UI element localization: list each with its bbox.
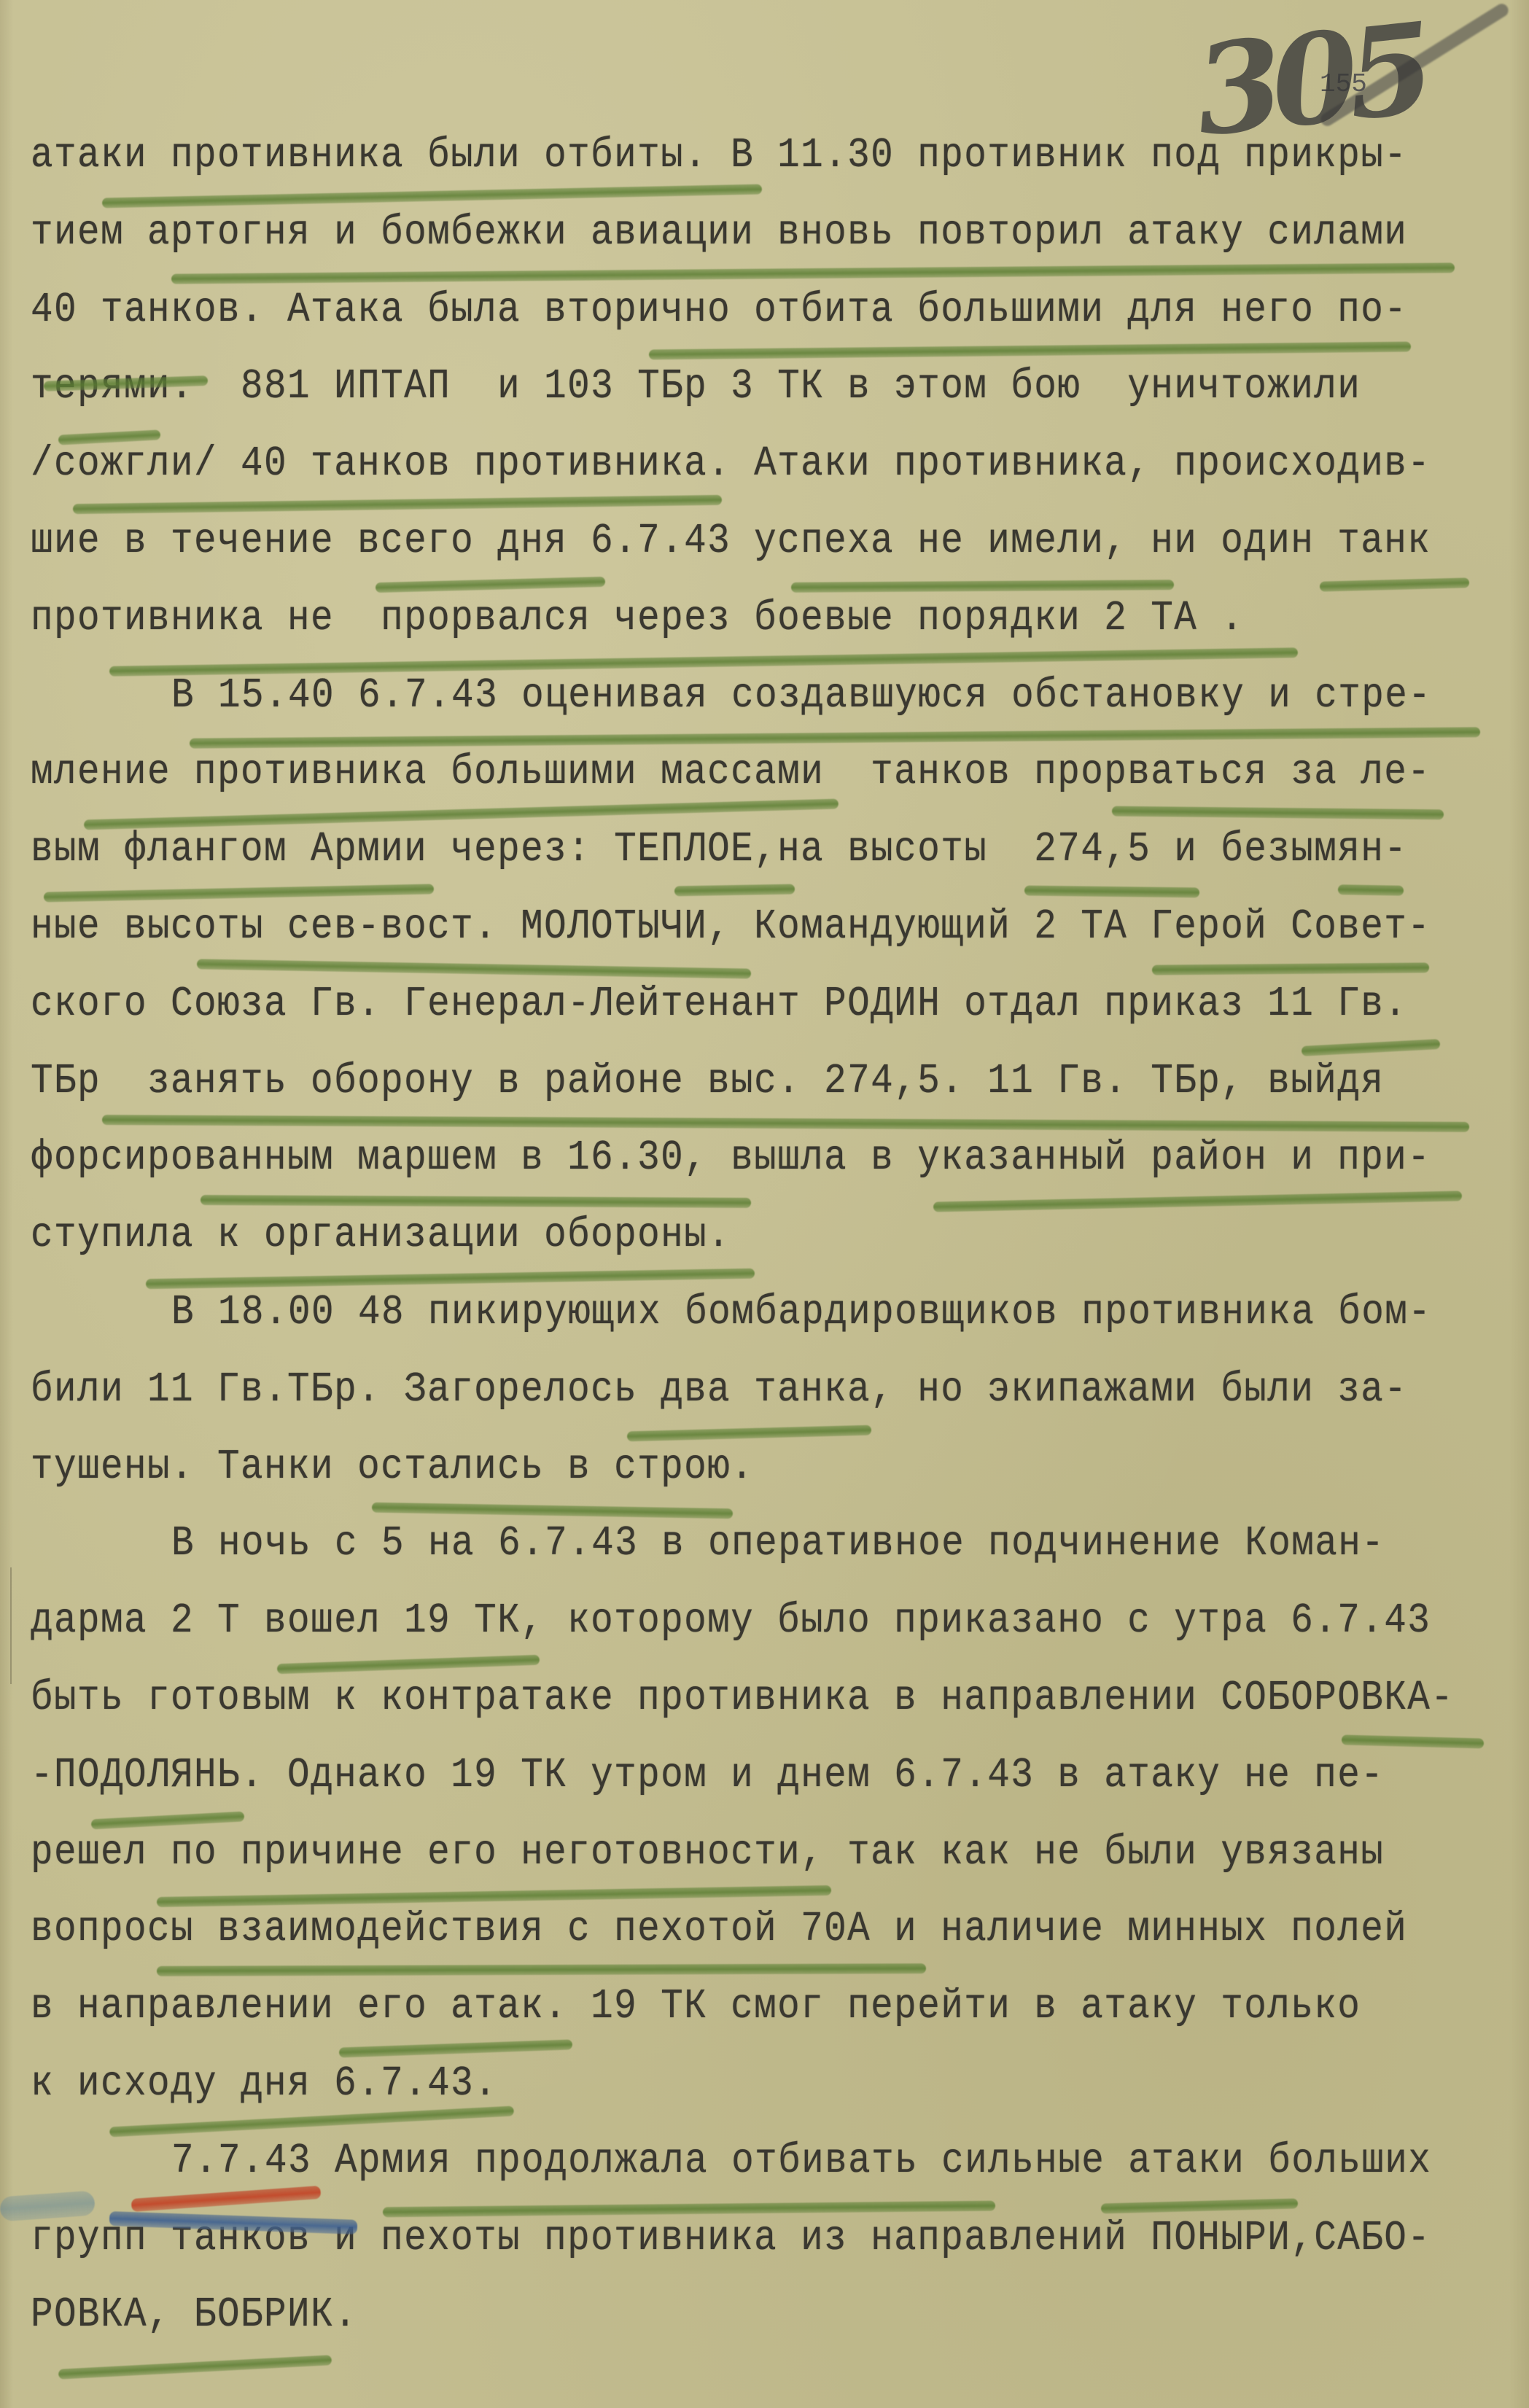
green-pencil-underline — [102, 184, 762, 209]
green-pencil-underline — [339, 2040, 572, 2058]
green-pencil-underline — [277, 1655, 540, 1675]
green-pencil-underline — [933, 1191, 1462, 1212]
red-pencil-underline — [131, 2186, 322, 2212]
text-line: /сожгли/ 40 танков противника. Атаки про… — [31, 442, 1431, 488]
green-pencil-underline — [91, 1811, 244, 1829]
text-line: тушены. Танки остались в строю. — [31, 1445, 754, 1491]
text-line: быть готовым к контратаке противника в н… — [31, 1676, 1454, 1722]
green-pencil-underline — [383, 2200, 995, 2217]
green-pencil-underline — [197, 959, 751, 978]
green-pencil-underline — [146, 1269, 755, 1290]
green-pencil-underline — [157, 1885, 831, 1907]
green-pencil-underline — [376, 577, 605, 593]
green-pencil-underline — [1302, 1039, 1440, 1056]
text-line: тием артогня и бомбежки авиации вновь по… — [31, 211, 1407, 257]
green-pencil-underline — [1112, 806, 1444, 820]
text-line: -ПОДОЛЯНЬ. Однако 19 ТК утром и днем 6.7… — [31, 1753, 1384, 1799]
green-pencil-underline — [44, 884, 434, 903]
green-pencil-underline — [649, 341, 1411, 359]
green-pencil-underline — [1342, 1734, 1484, 1748]
text-line: ского Союза Гв. Генерал-Лейтенант РОДИН … — [31, 982, 1407, 1028]
green-pencil-underline — [1101, 2198, 1298, 2213]
text-line: В ночь с 5 на 6.7.43 в оперативное подчи… — [171, 1522, 1385, 1568]
text-line: мление противника большими массами танко… — [31, 751, 1431, 797]
green-pencil-underline — [372, 1502, 733, 1519]
green-pencil-underline — [109, 2105, 514, 2137]
text-line: атаки противника были отбиты. В 11.30 пр… — [31, 133, 1407, 179]
green-pencil-underline — [58, 2356, 332, 2380]
text-line: били 11 Гв.ТБр. Загорелось два танка, но… — [31, 1368, 1407, 1414]
text-line: вым флангом Армии через: ТЕПЛОЕ,на высот… — [31, 827, 1407, 873]
text-line: форсированным маршем в 16.30, вышла в ук… — [31, 1137, 1431, 1182]
green-pencil-underline — [627, 1425, 871, 1441]
text-line: в направлении его атак. 19 ТК смог перей… — [31, 1984, 1361, 2030]
text-line: к исходу дня 6.7.43. — [31, 2062, 497, 2108]
text-line: вопросы взаимодействия с пехотой 70А и н… — [31, 1908, 1407, 1954]
green-pencil-underline — [109, 647, 1298, 677]
green-pencil-underline — [84, 799, 839, 830]
text-line: В 15.40 6.7.43 оценивая создавшуюся обст… — [171, 674, 1431, 720]
text-line: терями. 881 ИПТАП и 103 ТБр 3 ТК в этом … — [31, 365, 1361, 411]
green-pencil-underline — [1338, 884, 1404, 896]
green-pencil-underline — [190, 727, 1480, 748]
green-pencil-underline — [201, 1195, 751, 1208]
green-pencil-underline — [791, 580, 1174, 593]
text-line: шие в течение всего дня 6.7.43 успеха не… — [31, 519, 1431, 565]
margin-mark — [10, 1567, 12, 1684]
text-line: решел по причине его неготовности, так к… — [31, 1831, 1384, 1877]
text-line: ступила к организации обороны. — [31, 1213, 731, 1259]
green-pencil-underline — [157, 1964, 926, 1977]
text-line: 40 танков. Атака была вторично отбита бо… — [31, 288, 1407, 334]
text-line: ТБр занять оборону в районе выс. 274,5. … — [31, 1059, 1384, 1105]
text-line: В 18.00 48 пикирующих бомбардировщиков п… — [171, 1290, 1431, 1336]
green-pencil-underline — [73, 495, 722, 514]
green-pencil-underline — [674, 884, 795, 897]
text-line: РОВКА, БОБРИК. — [31, 2294, 357, 2339]
text-line: дарма 2 Т вошел 19 ТК, которому было при… — [31, 1599, 1431, 1645]
green-pencil-underline — [1024, 886, 1199, 898]
green-pencil-underline — [1152, 962, 1429, 975]
green-pencil-underline — [171, 262, 1455, 284]
text-line: ные высоты сев-вост. МОЛОТЫЧИ, Командующ… — [31, 905, 1431, 951]
green-pencil-underline — [1320, 577, 1469, 591]
text-line: противника не прорвался через боевые пор… — [31, 596, 1244, 642]
text-line: 7.7.43 Армия продолжала отбивать сильные… — [171, 2139, 1431, 2185]
document-page: 155 305 атаки противника были отбиты. В … — [0, 0, 1529, 2408]
folio-number: 155 305 — [1196, 7, 1473, 153]
green-pencil-underline — [102, 1115, 1469, 1132]
